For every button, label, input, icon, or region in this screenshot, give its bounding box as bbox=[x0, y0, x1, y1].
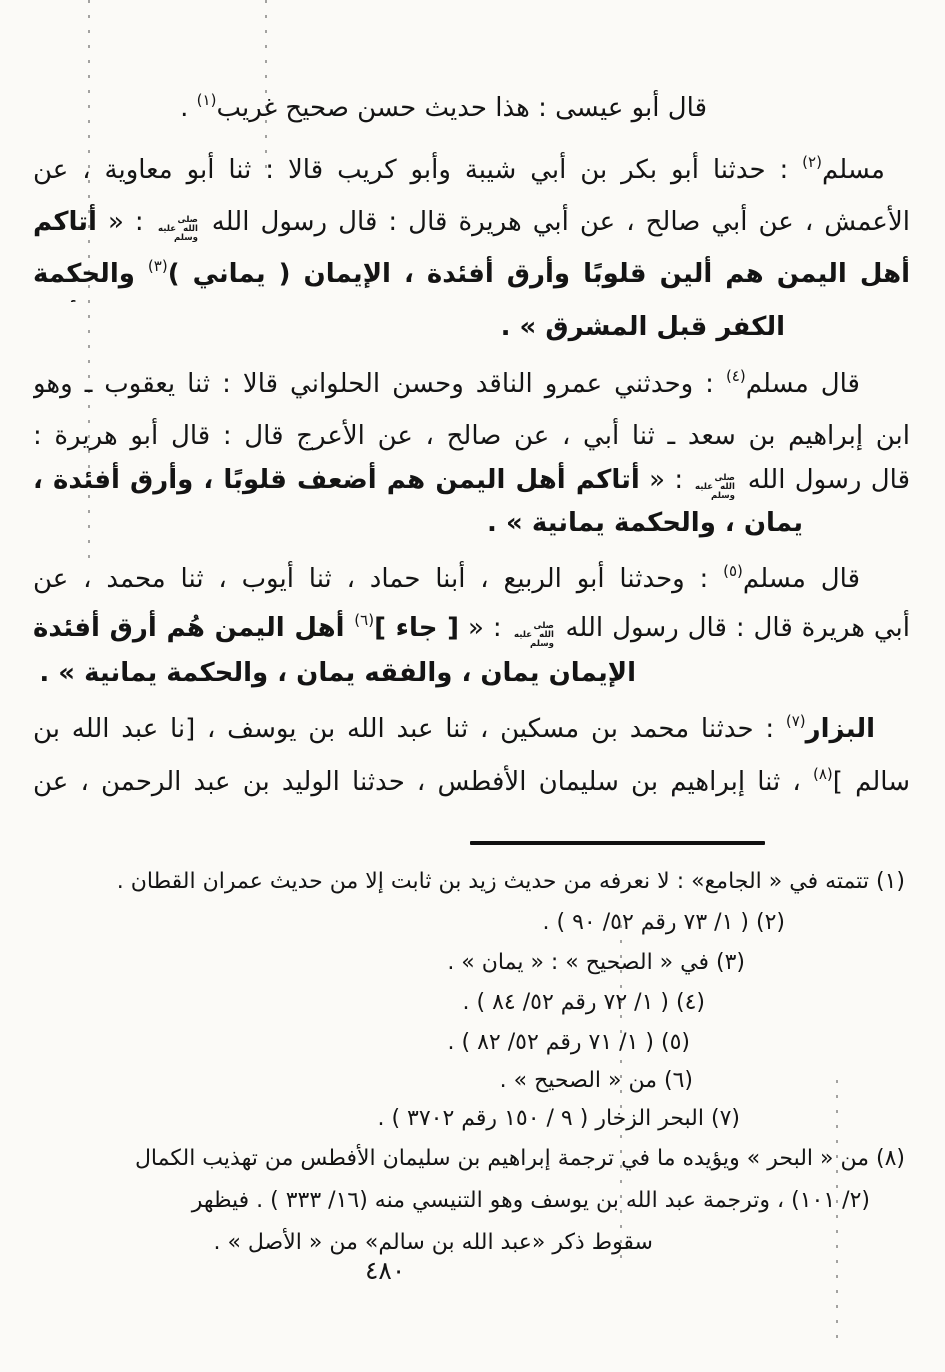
saw-stamp-icon: صلىالله عليهوسلم bbox=[694, 474, 736, 501]
footnote-line-8: (٨) من « البحر » ويؤيده ما في ترجمة إبرا… bbox=[135, 1141, 905, 1177]
footnote-line-9: (٢/ ١٠١) ، وترجمة عبد الله بن يوسف وهو ا… bbox=[192, 1183, 870, 1219]
hadith-line-7: ابن إبراهيم بن سعد ـ ثنا أبي ، عن صالح ،… bbox=[33, 414, 910, 464]
footnote-line-7: (٧) البحر الزخار ( ٩ / ١٥٠ رقم ٣٧٠٢ ) . bbox=[377, 1101, 740, 1137]
hadith-line-1: قال أبو عيسى : هذا حديث حسن صحيح غريب(١)… bbox=[180, 86, 707, 130]
hadith-line-3: الأعمش ، عن أبي صالح ، عن أبي هريرة قال … bbox=[33, 200, 910, 250]
hadith-line-9: يمان ، والحكمة يمانية » . bbox=[487, 501, 803, 545]
scanned-page: قال أبو عيسى : هذا حديث حسن صحيح غريب(١)… bbox=[0, 0, 945, 1372]
footnote-line-6: (٦) من « الصحيح » . bbox=[500, 1063, 693, 1099]
hadith-line-12: الإيمان يمان ، والفقه يمان ، والحكمة يما… bbox=[39, 651, 636, 695]
footnote-line-4: (٤) ( ١/ ٧٢ رقم ٥٢/ ٨٤ ) . bbox=[463, 985, 705, 1021]
page-number: ٤٨٠ bbox=[365, 1256, 405, 1285]
scan-artifact-line bbox=[265, 0, 267, 170]
footnote-line-5: (٥) ( ١/ ٧١ رقم ٥٢/ ٨٢ ) . bbox=[448, 1025, 690, 1061]
hadith-line-13: البزار(٧) : حدثنا محمد بن مسكين ، ثنا عب… bbox=[33, 707, 875, 757]
saw-stamp-icon: صلىالله عليهوسلم bbox=[513, 622, 555, 649]
hadith-line-14: سالم ](٨) ، ثنا إبراهيم بن سليمان الأفطس… bbox=[33, 760, 910, 810]
footnote-line-1: (١) تتمته في « الجامع» : لا نعرفه من حدي… bbox=[117, 864, 905, 900]
hadith-line-11: أبي هريرة قال : قال رسول الله صلىالله عل… bbox=[33, 606, 910, 656]
hadith-line-6: قال مسلم(٤) : وحدثني عمرو الناقد وحسن ال… bbox=[33, 362, 860, 412]
hadith-line-5: الكفر قبل المشرق » . bbox=[501, 305, 785, 349]
footnote-separator bbox=[470, 841, 765, 845]
hadith-line-2: مسلم(٢) : حدثنا أبو بكر بن أبي شيبة وأبو… bbox=[33, 148, 885, 198]
saw-stamp-icon: صلىالله عليهوسلم bbox=[157, 216, 199, 243]
footnote-line-2: (٢) ( ١/ ٧٣ رقم ٥٢/ ٩٠ ) . bbox=[543, 905, 785, 941]
footnote-line-10: سقوط ذكر «عبد الله بن سالم» من « الأصل »… bbox=[213, 1225, 653, 1261]
footnote-line-3: (٣) في « الصحيح » : « يمان » . bbox=[447, 945, 745, 981]
hadith-line-10: قال مسلم(٥) : وحدثنا أبو الربيع ، أبنا ح… bbox=[33, 557, 860, 607]
hadith-line-4: أهل اليمن هم ألين قلوبًا وأرق أفئدة ، ال… bbox=[33, 252, 910, 302]
